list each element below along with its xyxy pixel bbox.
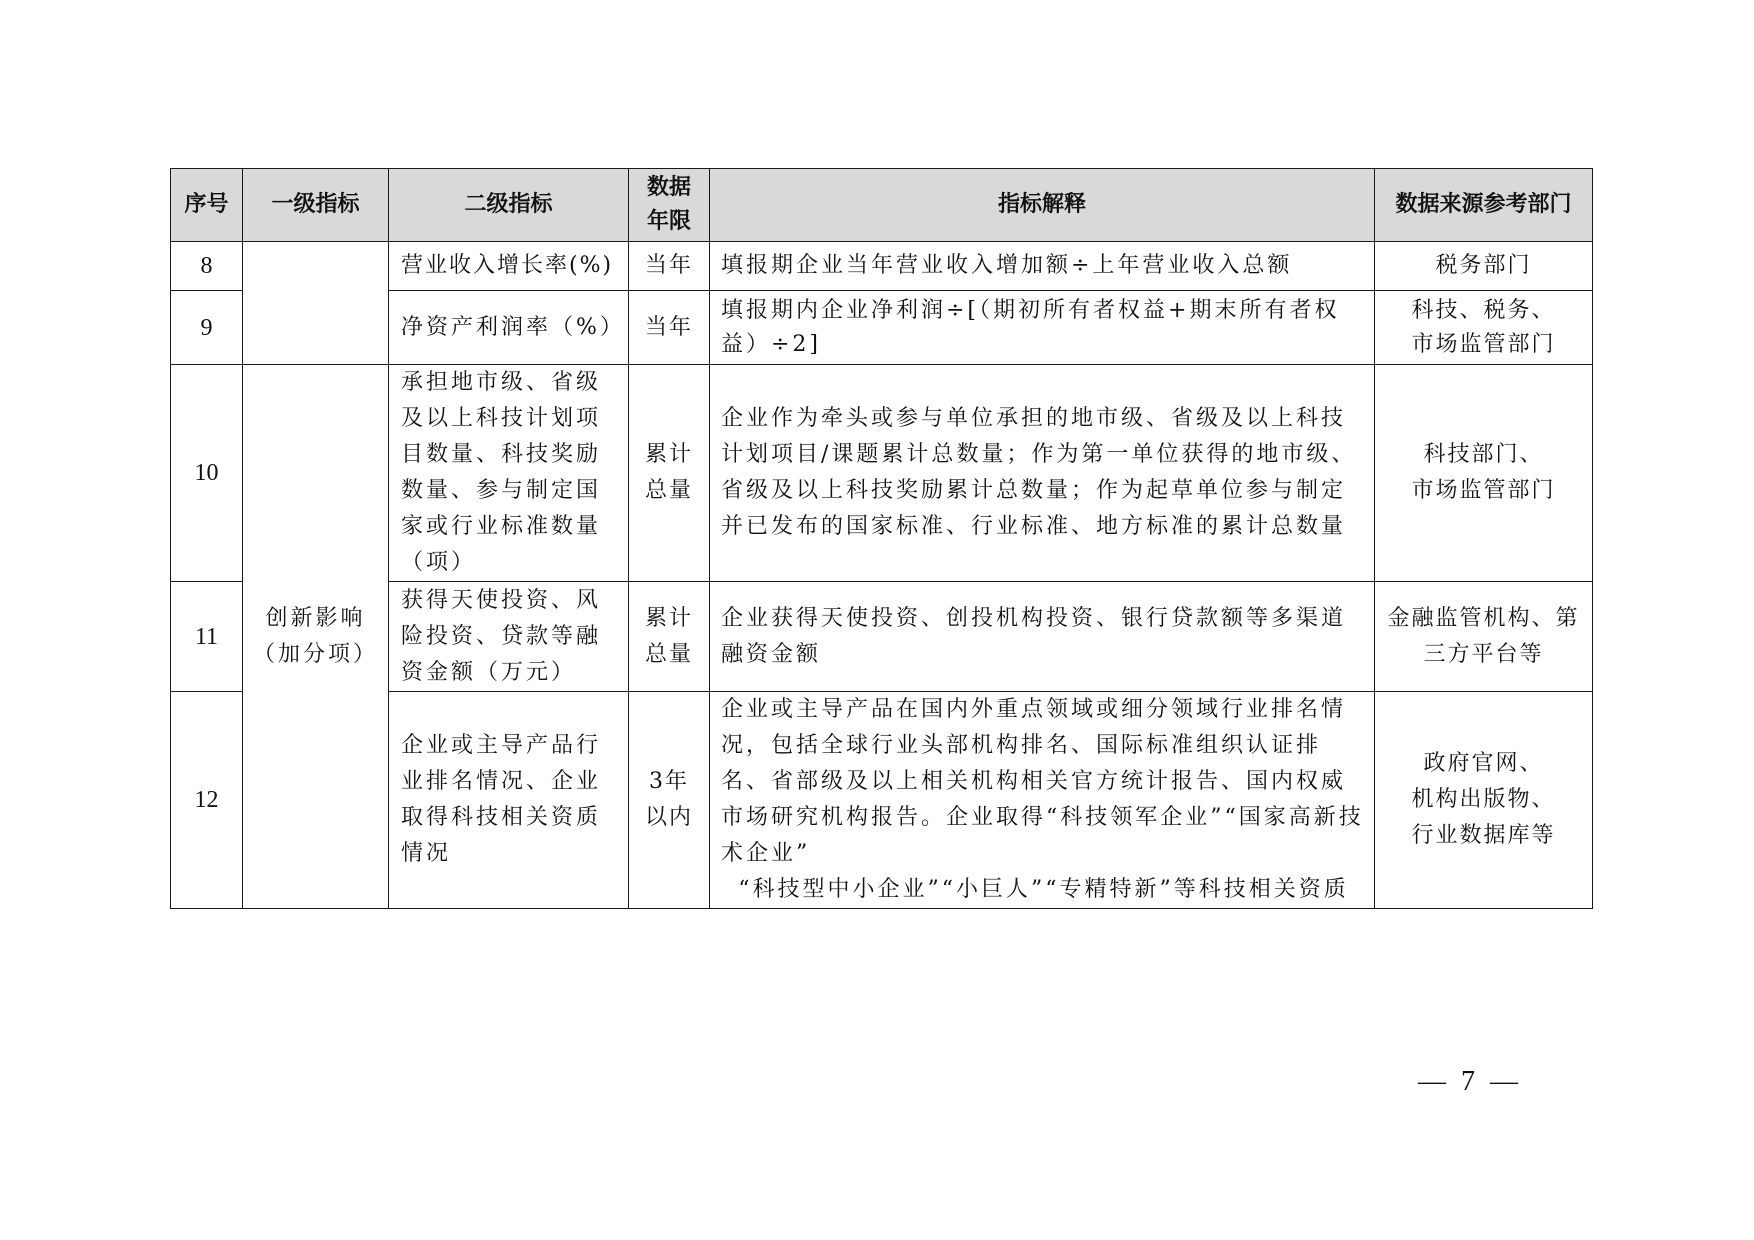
cell-source: 政府官网、 机构出版物、 行业数据库等 [1375,692,1593,909]
cell-source: 科技部门、 市场监管部门 [1375,365,1593,582]
header-source: 数据来源参考部门 [1375,169,1593,242]
cell-no: 11 [171,582,243,692]
cell-explanation: 填报期企业当年营业收入增加额÷上年营业收入总额 [710,242,1375,291]
cell-explanation: 企业或主导产品在国内外重点领域或细分领域行业排名情况，包括全球行业头部机构排名、… [710,692,1375,909]
header-level1: 一级指标 [243,169,389,242]
cell-period: 累计 总量 [629,582,710,692]
header-no: 序号 [171,169,243,242]
cell-source: 税务部门 [1375,242,1593,291]
header-explanation: 指标解释 [710,169,1375,242]
cell-level2: 企业或主导产品行业排名情况、企业取得科技相关资质情况 [389,692,629,909]
cell-explanation: 企业获得天使投资、创投机构投资、银行贷款额等多渠道融资金额 [710,582,1375,692]
indicator-table: 序号 一级指标 二级指标 数据 年限 指标解释 数据来源参考部门 8 营业收入增… [170,168,1593,909]
explanation-text: 企业或主导产品在国内外重点领域或细分领域行业排名情况，包括全球行业头部机构排名、… [721,697,1364,866]
header-level2: 二级指标 [389,169,629,242]
cell-level2: 净资产利润率（%） [389,291,629,365]
cell-no: 12 [171,692,243,909]
cell-source: 金融监管机构、第 三方平台等 [1375,582,1593,692]
cell-period: 当年 [629,242,710,291]
cell-no: 10 [171,365,243,582]
document-page: 序号 一级指标 二级指标 数据 年限 指标解释 数据来源参考部门 8 营业收入增… [0,0,1754,1240]
cell-source: 科技、税务、 市场监管部门 [1375,291,1593,365]
table-header-row: 序号 一级指标 二级指标 数据 年限 指标解释 数据来源参考部门 [171,169,1593,242]
cell-level2: 承担地市级、省级及以上科技计划项目数量、科技奖励数量、参与制定国家或行业标准数量… [389,365,629,582]
cell-period: 当年 [629,291,710,365]
cell-level1-empty [243,242,389,365]
cell-no: 9 [171,291,243,365]
explanation-last-line: “科技型中小企业”“小巨人”“专精特新”等科技相关资质 [721,872,1366,908]
cell-explanation: 填报期内企业净利润÷[（期初所有者权益+期末所有者权益）÷2] [710,291,1375,365]
header-period: 数据 年限 [629,169,710,242]
table-row: 8 营业收入增长率(%) 当年 填报期企业当年营业收入增加额÷上年营业收入总额 … [171,242,1593,291]
cell-level1-innovation-impact: 创新影响 （加分项） [243,365,389,909]
page-number: — 7 — [1410,1066,1530,1098]
cell-period: 3年 以内 [629,692,710,909]
cell-period: 累计 总量 [629,365,710,582]
table-row: 10 创新影响 （加分项） 承担地市级、省级及以上科技计划项目数量、科技奖励数量… [171,365,1593,582]
cell-no: 8 [171,242,243,291]
cell-level2: 营业收入增长率(%) [389,242,629,291]
cell-level2: 获得天使投资、风险投资、贷款等融资金额（万元） [389,582,629,692]
cell-explanation: 企业作为牵头或参与单位承担的地市级、省级及以上科技计划项目/课题累计总数量；作为… [710,365,1375,582]
